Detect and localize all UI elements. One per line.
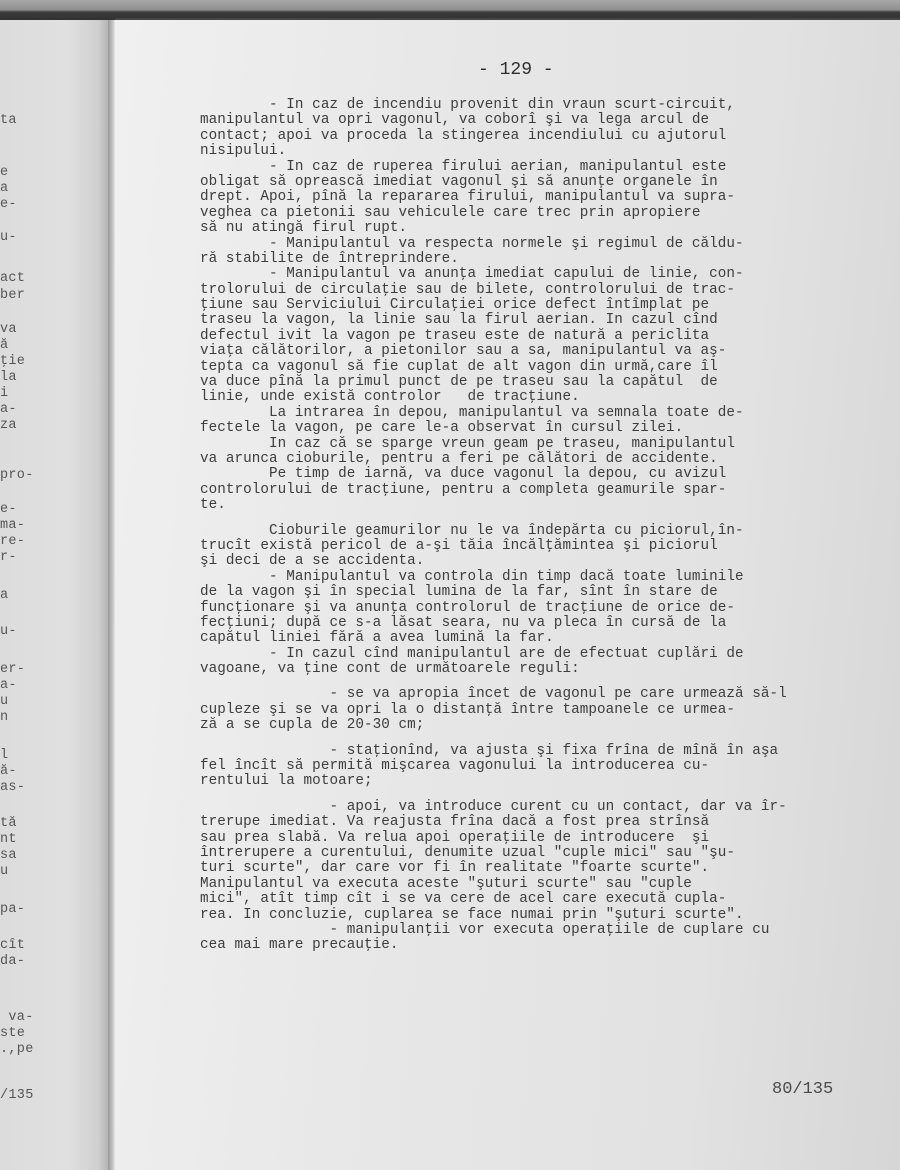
text-line: şi deci de a se accidenta. [200,554,880,569]
left-page-text-fragment: u- [0,230,17,245]
text-line: rentului la motoare; [200,774,880,789]
left-page-fragment: taeae-u-actbervaăţielaia-zapro-e-ma-re-r… [0,20,112,1170]
text-line: veghea ca pietonii sau vehiculele care t… [200,206,880,221]
left-page-text-fragment: u- [0,624,17,639]
text-line: - In caz de incendiu provenit din vraun … [200,98,880,113]
text-line: cea mai mare precauţie. [200,938,880,953]
text-line: va arunca cioburile, pentru a feri pe că… [200,452,880,467]
text-line: controlorului de tracţiune, pentru a com… [200,483,880,498]
text-line: - apoi, va introduce curent cu un contac… [200,800,880,815]
coupling-rule-1: - se va apropia încet de vagonul pe care… [200,687,880,733]
left-page-text-fragment: pa- [0,902,25,917]
left-page-text-fragment: l [0,748,8,763]
coupling-rule-2: - staţionînd, va ajusta şi fixa frîna de… [200,744,880,790]
left-page-text-fragment: act [0,271,25,286]
left-page-text-fragment: ţie [0,354,25,369]
text-line: turi scurte", dar care vor fi în realita… [200,861,880,876]
text-line: La intrarea în depou, manipulantul va se… [200,406,880,421]
left-page-text-fragment: u [0,694,8,709]
document-body: - In caz de incendiu provenit din vraun … [200,98,880,954]
text-line: întrerupere a curentului, denumite uzual… [200,846,880,861]
text-line: manipulantul va opri vagonul, va coborî … [200,113,880,128]
left-page-text-fragment: .,pe [0,1042,34,1057]
text-line: fel încît să permită mişcarea vagonului … [200,759,880,774]
text-line: trerupe imediat. Va reajusta frîna dacă … [200,815,880,830]
left-page-text-fragment: a [0,588,8,603]
left-page-text-fragment: a- [0,402,17,417]
left-page-text-fragment: ste [0,1026,25,1041]
text-line: de la vagon şi în special lumina de la f… [200,585,880,600]
text-line: capătul liniei fără a avea lumină la far… [200,631,880,646]
left-page-text-fragment: r- [0,550,17,565]
left-page-text-fragment: /135 [0,1088,34,1103]
paragraph-block-1: - In caz de incendiu provenit din vraun … [200,98,880,514]
text-line: - In cazul cînd manipulantul are de efec… [200,647,880,662]
left-page-text-fragment: sa [0,848,17,863]
left-page-text-fragment: ă [0,338,8,353]
left-page-text-fragment: i [0,386,8,401]
left-page-text-fragment: ă- [0,764,17,779]
left-page-text-fragment: a- [0,678,17,693]
text-line: obligat să oprească imediat vagonul şi s… [200,175,880,190]
text-line: va duce pînă la primul punct de pe trase… [200,375,880,390]
text-line: viaţa călătorilor, a pietonilor sau a sa… [200,344,880,359]
text-line: traseu la vagon, la linie sau la firul a… [200,313,880,328]
left-page-text-fragment: va [0,322,17,337]
text-line: - Manipulantul va controla din timp dacă… [200,570,880,585]
text-line: Manipulantul va executa aceste "şuturi s… [200,877,880,892]
text-line: te. [200,498,880,513]
left-page-text-fragment: ma- [0,518,25,533]
text-line: - staţionînd, va ajusta şi fixa frîna de… [200,744,880,759]
text-line: tepta ca vagonul să fie cuplat de alt va… [200,360,880,375]
text-line: Pe timp de iarnă, va duce vagonul la dep… [200,467,880,482]
left-page-text-fragment: ta [0,113,17,128]
text-line: sau prea slabă. Va relua apoi operaţiile… [200,831,880,846]
text-line: mici", atît timp cît i se va cere de ace… [200,892,880,907]
text-line: ză a se cupla de 20-30 cm; [200,718,880,733]
left-page-text-fragment: er- [0,662,25,677]
text-line: - manipulanţii vor executa operaţiile de… [200,923,880,938]
left-page-text-fragment: pro- [0,468,34,483]
text-line: trucît există pericol de a-şi tăia încăl… [200,539,880,554]
left-page-text-fragment: e- [0,197,17,212]
left-page-text-fragment: la [0,370,17,385]
text-line: vagoane, va ţine cont de următoarele reg… [200,662,880,677]
left-page-text-fragment: nt [0,832,17,847]
text-line: fectele la vagon, pe care le-a observat … [200,421,880,436]
text-line: - Manipulantul va anunţa imediat capului… [200,267,880,282]
text-line: Cioburile geamurilor nu le va îndepărta … [200,524,880,539]
text-line: nisipului. [200,144,880,159]
text-line: - In caz de ruperea firului aerian, mani… [200,160,880,175]
left-page-text-fragment: e- [0,502,17,517]
left-page-text-fragment: za [0,418,17,433]
text-line: defectul ivit la vagon pe traseu este de… [200,329,880,344]
left-page-text-fragment: tă [0,816,17,831]
text-line: contact; apoi va proceda la stingerea in… [200,129,880,144]
text-line: ră stabilite de întreprindere. [200,252,880,267]
left-page-text-fragment: cît [0,938,25,953]
text-line: funcţionare şi va anunţa controlorul de … [200,601,880,616]
left-page-text-fragment: n [0,710,8,725]
text-line: fecţiuni; după ce s-a lăsat seara, nu va… [200,616,880,631]
left-page-text-fragment: da- [0,954,25,969]
text-line: linie, unde există controlor de tracţiun… [200,390,880,405]
page-number: - 129 - [478,60,554,80]
text-line: drept. Apoi, pînă la repararea firului, … [200,190,880,205]
left-page-text-fragment: ber [0,288,25,303]
text-line: - se va apropia încet de vagonul pe care… [200,687,880,702]
left-page-text-fragment: u [0,864,8,879]
text-line: - Manipulantul va respecta normele şi re… [200,237,880,252]
coupling-rule-3: - apoi, va introduce curent cu un contac… [200,800,880,954]
left-page-text-fragment: e [0,165,8,180]
text-line: cupleze şi se va opri la o distanţă într… [200,703,880,718]
text-line: trolorului de circulaţie sau de bilete, … [200,283,880,298]
text-line: In caz că se sparge vreun geam pe traseu… [200,437,880,452]
paragraph-block-2: Cioburile geamurilor nu le va îndepărta … [200,524,880,678]
text-line: rea. In concluzie, cuplarea se face numa… [200,908,880,923]
page-reference: 80/135 [772,1080,833,1099]
left-page-text-fragment: re- [0,534,25,549]
left-page-text-fragment: va- [0,1010,34,1025]
text-line: să nu atingă firul rupt. [200,221,880,236]
left-page-text-fragment: a [0,181,8,196]
text-line: ţiune sau Serviciului Circulaţiei orice … [200,298,880,313]
left-page-text-fragment: as- [0,780,25,795]
